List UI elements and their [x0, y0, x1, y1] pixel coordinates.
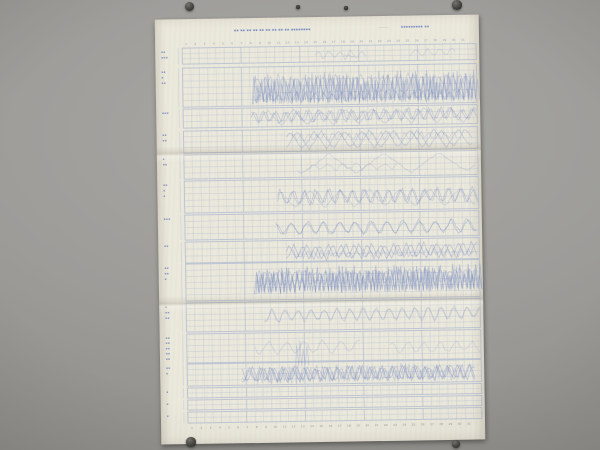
bottom-scale-tick: 2: [200, 426, 202, 430]
band-row-line: [182, 54, 476, 59]
band-label-marks: ▪▪: [165, 316, 170, 320]
scribble-wave: [264, 305, 479, 323]
band-row-line: [186, 266, 480, 271]
bottom-scale-tick: 16: [329, 424, 333, 428]
scribble-comb: [295, 341, 309, 368]
bottom-scale-tick: 26: [421, 422, 425, 426]
band-column-line: [201, 181, 202, 213]
bottom-scale-tick: 5: [228, 425, 230, 429]
band-column-line: [202, 264, 203, 301]
band-label-marks: ▪▪: [165, 271, 170, 275]
band-label-marks: ▪: [163, 157, 165, 161]
band-label-marks: ▪▪: [163, 183, 168, 187]
top-scale-tick: 18: [341, 40, 345, 44]
band-row-line: [187, 335, 481, 340]
top-scale-tick: 15: [313, 40, 317, 44]
bottom-scale-tick: 22: [384, 423, 388, 427]
top-scale-tick: 23: [387, 39, 391, 43]
band-label-marks: ▪: [167, 390, 169, 394]
bottom-scale-tick: 6: [237, 425, 239, 429]
bottom-scale-tick: 15: [319, 424, 323, 428]
top-scale-tick: 7: [240, 41, 242, 45]
band-label-marks: ▪▪: [163, 138, 168, 142]
pin-top-left: [185, 2, 194, 11]
band-label-marks: ▪▪: [166, 351, 171, 355]
band-column-line: [224, 67, 225, 106]
bottom-scale-tick: 27: [430, 422, 434, 426]
band-label-marks: ▪: [165, 277, 167, 281]
band-label-marks: ▪▪: [164, 244, 169, 248]
band-column-line: [219, 264, 220, 301]
band-column-line: [211, 264, 212, 301]
top-scale-tick: 4: [213, 42, 215, 46]
top-scale-tick: 26: [415, 38, 419, 42]
bottom-scale-tick: 7: [246, 425, 248, 429]
header-title-marks-left: ▪▪ ▪▪ ▪▪ ▪▪ ▪▪ ▪▪ ▪▪ ▪▪ ▪▪ ▪▪▪▪▪▪▪▪: [234, 27, 311, 32]
bottom-scale-tick: 17: [338, 424, 342, 428]
band-column-line: [235, 180, 236, 212]
top-scale-tick: 8: [250, 41, 252, 45]
band-label-marks: ▪▪: [161, 50, 166, 54]
top-scale-tick: 30: [452, 38, 456, 42]
band-row-line: [185, 217, 479, 222]
bottom-scale-tick: 13: [301, 424, 305, 428]
band-label-marks: ▪: [165, 305, 167, 309]
band-label-marks: ▪: [163, 188, 165, 192]
band-label-marks: ▪: [166, 371, 168, 375]
bottom-scale-tick: 29: [448, 422, 452, 426]
bottom-scale-tick: 12: [292, 424, 296, 428]
header-title-marks-right: ▪▪▪▪▪▪▪▪▪ ▪▪: [401, 24, 430, 28]
band-row-line: [184, 169, 478, 174]
band-row-line: [186, 304, 480, 309]
band-label-marks: ▪▪: [166, 336, 171, 340]
pin-top-right: [452, 0, 461, 9]
bottom-scale-tick: 25: [412, 423, 416, 427]
band-label-marks: ▪▪: [161, 70, 166, 74]
band-column-line: [369, 178, 370, 210]
band-column-line: [261, 263, 262, 300]
bottom-scale-tick: 19: [356, 423, 360, 427]
band-label-marks: ▪▪▪: [161, 55, 168, 59]
band-label-marks: ▪▪: [165, 266, 170, 270]
top-scale-tick: 17: [332, 40, 336, 44]
band-row-line: [188, 400, 482, 405]
band-row-line: [188, 388, 482, 393]
band-column-line: [285, 180, 286, 212]
band-label-marks: ▪▪: [166, 346, 171, 350]
band-row-line: [187, 322, 481, 327]
top-scale-tick: 5: [222, 41, 224, 45]
label-column-divider: [178, 68, 179, 107]
bottom-scale-tick: 23: [393, 423, 397, 427]
band-column-line: [228, 263, 229, 300]
bottom-scale-tick: 14: [310, 424, 314, 428]
band-column-line: [419, 177, 420, 209]
scribble-wave: [276, 218, 476, 235]
band-column-line: [253, 263, 254, 300]
scribble-wave: [264, 305, 479, 324]
band-row-line: [187, 353, 481, 358]
band-label-marks: ▪: [163, 194, 165, 198]
top-scale-tick: 11: [276, 41, 280, 45]
top-scale-tick: 12: [286, 40, 290, 44]
bottom-scale-tick: 18: [347, 424, 351, 428]
band-label-marks: ▪: [167, 402, 169, 406]
top-scale-tick: 24: [396, 39, 400, 43]
band-row-line: [182, 49, 476, 54]
top-scale-tick: 9: [259, 41, 261, 45]
band-label-marks: ▪: [167, 414, 169, 418]
bottom-scale-tick: 9: [265, 425, 267, 429]
bottom-scale-tick: 31: [467, 422, 471, 426]
bottom-scale-tick: 4: [219, 426, 221, 430]
top-scale-tick: 20: [359, 39, 363, 43]
label-column-divider: [182, 264, 183, 301]
band-label-marks: ▪▪: [162, 133, 167, 137]
band-column-line: [244, 263, 245, 300]
bottom-scale-tick: 21: [375, 423, 379, 427]
band-column-line: [295, 262, 296, 299]
pin-hole-top-mid-left: [296, 5, 299, 8]
band-row-line: [186, 310, 480, 315]
band-column-line: [327, 179, 328, 211]
band-label-marks: ▪▪: [166, 341, 171, 345]
band-row-line: [184, 183, 478, 188]
band-label-marks: ▪▪▪: [164, 217, 171, 221]
band-column-line: [233, 67, 234, 106]
scribble-wave: [293, 247, 473, 260]
band-column-line: [310, 179, 311, 211]
band-label-marks: ▪▪: [162, 81, 167, 85]
band-column-line: [428, 177, 429, 209]
band-row-line: [185, 223, 479, 228]
band-outline: [183, 105, 477, 129]
band-row-line: [185, 202, 479, 207]
band-label-marks: ▪▪: [165, 310, 170, 314]
top-scale-tick: 13: [295, 40, 299, 44]
bottom-scale-tick: 3: [210, 426, 212, 430]
bottom-scale-tick: 28: [439, 422, 443, 426]
top-scale-tick: 28: [433, 38, 437, 42]
band-column-line: [218, 181, 219, 213]
band-column-line: [394, 178, 395, 210]
header-title-rule: ———: [379, 25, 389, 29]
scribble-zigzag: [286, 241, 476, 261]
band-column-line: [199, 68, 200, 107]
band-row-line: [188, 413, 482, 418]
photo-of-pinned-chart: { "scene": { "wall_base_color": "#9b9a97…: [0, 0, 600, 450]
top-scale-tick: 3: [204, 42, 206, 46]
band-label-marks: ▪▪: [163, 162, 168, 166]
label-column-divider: [180, 181, 181, 213]
top-scale-tick: 29: [442, 38, 446, 42]
bottom-scale-tick: 24: [402, 423, 406, 427]
top-scale-tick: 31: [461, 38, 465, 42]
band-label-marks: ▪▪: [166, 357, 171, 361]
band-row-line: [184, 163, 478, 168]
top-scale-tick: 6: [231, 41, 233, 45]
band-column-line: [236, 263, 237, 300]
band-column-line: [377, 178, 378, 210]
band-column-line: [208, 68, 209, 107]
band-label-marks: ▪: [162, 75, 164, 79]
band-label-marks: ▪▪▪: [162, 111, 169, 115]
band-column-line: [319, 179, 320, 211]
top-scale-tick: 19: [350, 39, 354, 43]
band-column-line: [251, 180, 252, 212]
band-column-line: [243, 180, 244, 212]
band-column-line: [193, 181, 194, 213]
band-row-line: [186, 290, 480, 295]
band-column-line: [194, 264, 195, 301]
top-scale-tick: 22: [378, 39, 382, 43]
top-scale-tick: 25: [406, 39, 410, 43]
band-row-line: [183, 70, 477, 75]
chart-paper-printing-and-scribbles: ▪▪▪▪▪▪▪▪▪▪▪▪▪▪▪▪▪▪▪▪▪▪▪▪▪▪▪▪▪▪▪▪▪▪▪▪▪▪▪▪…: [155, 14, 486, 444]
bottom-scale-tick: 11: [282, 425, 286, 429]
top-scale-tick: 1: [185, 42, 187, 46]
top-scale-tick: 10: [267, 41, 271, 45]
band-column-line: [260, 180, 261, 212]
band-column-line: [250, 67, 251, 106]
band-column-line: [453, 177, 454, 209]
band-column-line: [216, 68, 217, 107]
band-column-line: [241, 67, 242, 106]
band-label-marks: ▪▪: [166, 366, 171, 370]
top-scale-tick: 16: [322, 40, 326, 44]
top-scale-tick: 21: [369, 39, 373, 43]
pin-hole-top-mid-right: [344, 6, 347, 9]
band-column-line: [436, 177, 437, 209]
band-column-line: [226, 180, 227, 212]
band-column-line: [277, 180, 278, 212]
band-column-line: [209, 181, 210, 213]
top-scale-tick: 14: [304, 40, 308, 44]
bottom-scale-tick: 10: [273, 425, 277, 429]
top-scale-tick: 27: [424, 38, 428, 42]
pin-bottom-left: [186, 437, 195, 446]
pinned-chart-paper: ▪▪▪▪▪▪▪▪▪▪▪▪▪▪▪▪▪▪▪▪▪▪▪▪▪▪▪▪▪▪▪▪▪▪▪▪▪▪▪▪…: [155, 14, 486, 444]
band-row-line: [187, 341, 481, 346]
bottom-scale-tick: 30: [458, 422, 462, 426]
band-row-line: [184, 157, 478, 162]
band-column-line: [268, 180, 269, 212]
bottom-scale-tick: 8: [256, 425, 258, 429]
band-column-line: [461, 177, 462, 209]
top-scale-tick: 2: [194, 42, 196, 46]
bottom-scale-tick: 1: [191, 426, 193, 430]
bottom-scale-tick: 20: [365, 423, 369, 427]
band-column-line: [191, 68, 192, 107]
